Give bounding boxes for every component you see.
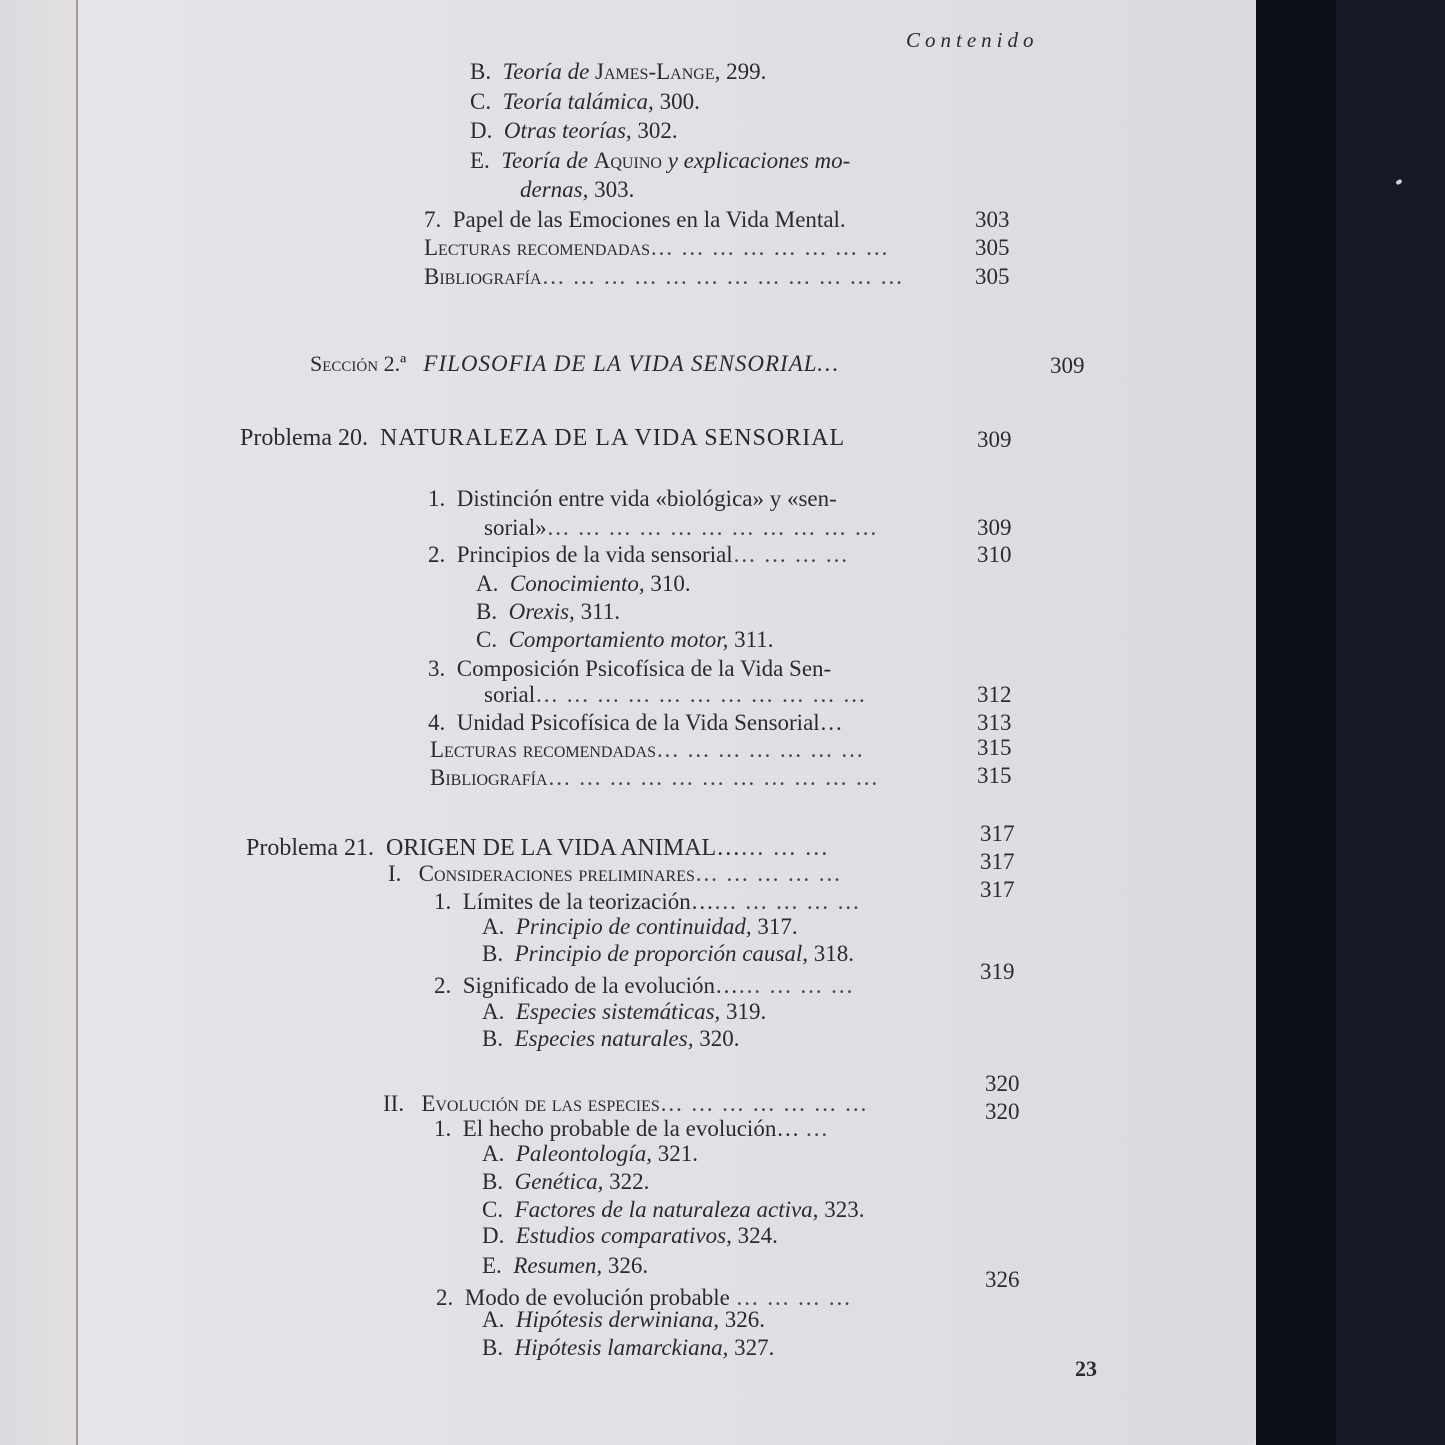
page-ref: 317: [980, 876, 1015, 904]
toc-part: I. Consideraciones preliminares… … … … …: [388, 860, 842, 888]
page-ref: 312: [977, 681, 1012, 709]
page-ref: 305: [975, 234, 1010, 262]
toc-subitem: E. Teoría de Aquino y explicaciones mo-: [470, 147, 850, 175]
toc-bibliografia: Bibliografía… … … … … … … … … … … …: [424, 263, 904, 291]
problem-heading: Problema 20. NATURALEZA DE LA VIDA SENSO…: [240, 424, 845, 452]
toc-subitem: A. Hipótesis derwiniana, 326.: [482, 1306, 765, 1334]
page-ref: 310: [977, 541, 1012, 569]
toc-subitem: B. Teoría de James-Lange, 299.: [470, 58, 766, 86]
page-ref: 320: [985, 1070, 1020, 1098]
toc-subitem: B. Hipótesis lamarckiana, 327.: [482, 1334, 774, 1362]
toc-item: 4. Unidad Psicofísica de la Vida Sensori…: [428, 709, 843, 737]
page-ref: 309: [1050, 352, 1085, 380]
toc-subitem: E. Resumen, 326.: [482, 1252, 648, 1280]
toc-subitem: C. Teoría talámica, 300.: [470, 88, 700, 116]
toc-subitem: B. Especies naturales, 320.: [482, 1025, 739, 1053]
toc-item: 1. El hecho probable de la evolución… …: [434, 1115, 829, 1143]
toc-subitem: B. Orexis, 311.: [476, 598, 620, 626]
dark-background: [1256, 0, 1445, 1445]
page-shadow: [1256, 0, 1336, 1445]
toc-item: 2. Principios de la vida sensorial… … … …: [428, 541, 849, 569]
section-heading: Sección 2.ª FILOSOFIA DE LA VIDA SENSORI…: [310, 350, 839, 378]
page-ref: 309: [977, 426, 1012, 454]
page-ref: 313: [977, 709, 1012, 737]
toc-subitem: B. Principio de proporción causal, 318.: [482, 940, 854, 968]
toc-subitem: A. Especies sistemáticas, 319.: [482, 998, 766, 1026]
toc-item: 7. Papel de las Emociones en la Vida Men…: [424, 206, 846, 234]
adjacent-page-edge: [0, 0, 76, 1445]
toc-subitem: D. Estudios comparativos, 324.: [482, 1222, 778, 1250]
page-ref: 317: [980, 820, 1015, 848]
page-ref: 326: [985, 1266, 1020, 1294]
page-ref: 317: [980, 848, 1015, 876]
toc-subitem: C. Factores de la naturaleza activa, 323…: [482, 1196, 864, 1224]
toc-bibliografia: Bibliografía… … … … … … … … … … …: [430, 764, 879, 792]
page-ref: 303: [975, 206, 1010, 234]
page-ref: 315: [977, 734, 1012, 762]
toc-lecturas: Lecturas recomendadas… … … … … … …: [430, 736, 865, 764]
toc-part: II. Evolución de las especies… … … … … ……: [383, 1090, 868, 1118]
page-ref: 319: [980, 958, 1015, 986]
running-header: Contenido: [906, 28, 1039, 53]
toc-subitem: C. Comportamiento motor, 311.: [476, 626, 774, 654]
toc-item: 3. Composición Psicofísica de la Vida Se…: [428, 655, 831, 683]
page-ref: 305: [975, 263, 1010, 291]
toc-subitem: B. Genética, 322.: [482, 1168, 649, 1196]
page-ref: 320: [985, 1098, 1020, 1126]
toc-subitem-continuation: dernas, 303.: [520, 176, 634, 204]
toc-lecturas: Lecturas recomendadas… … … … … … … …: [424, 234, 889, 262]
toc-item: 1. Límites de la teorización…… … … … …: [434, 888, 861, 916]
toc-subitem: D. Otras teorías, 302.: [470, 117, 678, 145]
problem-heading: Problema 21. ORIGEN DE LA VIDA ANIMAL…… …: [246, 834, 829, 862]
toc-item-continuation: sorial»… … … … … … … … … … …: [484, 514, 878, 542]
toc-subitem: A. Conocimiento, 310.: [476, 570, 691, 598]
toc-item-continuation: sorial… … … … … … … … … … …: [484, 681, 867, 709]
page-ref: 315: [977, 762, 1012, 790]
page-ref: 309: [977, 514, 1012, 542]
toc-subitem: A. Paleontología, 321.: [482, 1140, 698, 1168]
page-number: 23: [1075, 1356, 1097, 1382]
toc-item: 1. Distinción entre vida «biológica» y «…: [428, 485, 837, 513]
toc-item: 2. Significado de la evolución…… … … …: [434, 972, 854, 1000]
toc-subitem: A. Principio de continuidad, 317.: [482, 913, 798, 941]
